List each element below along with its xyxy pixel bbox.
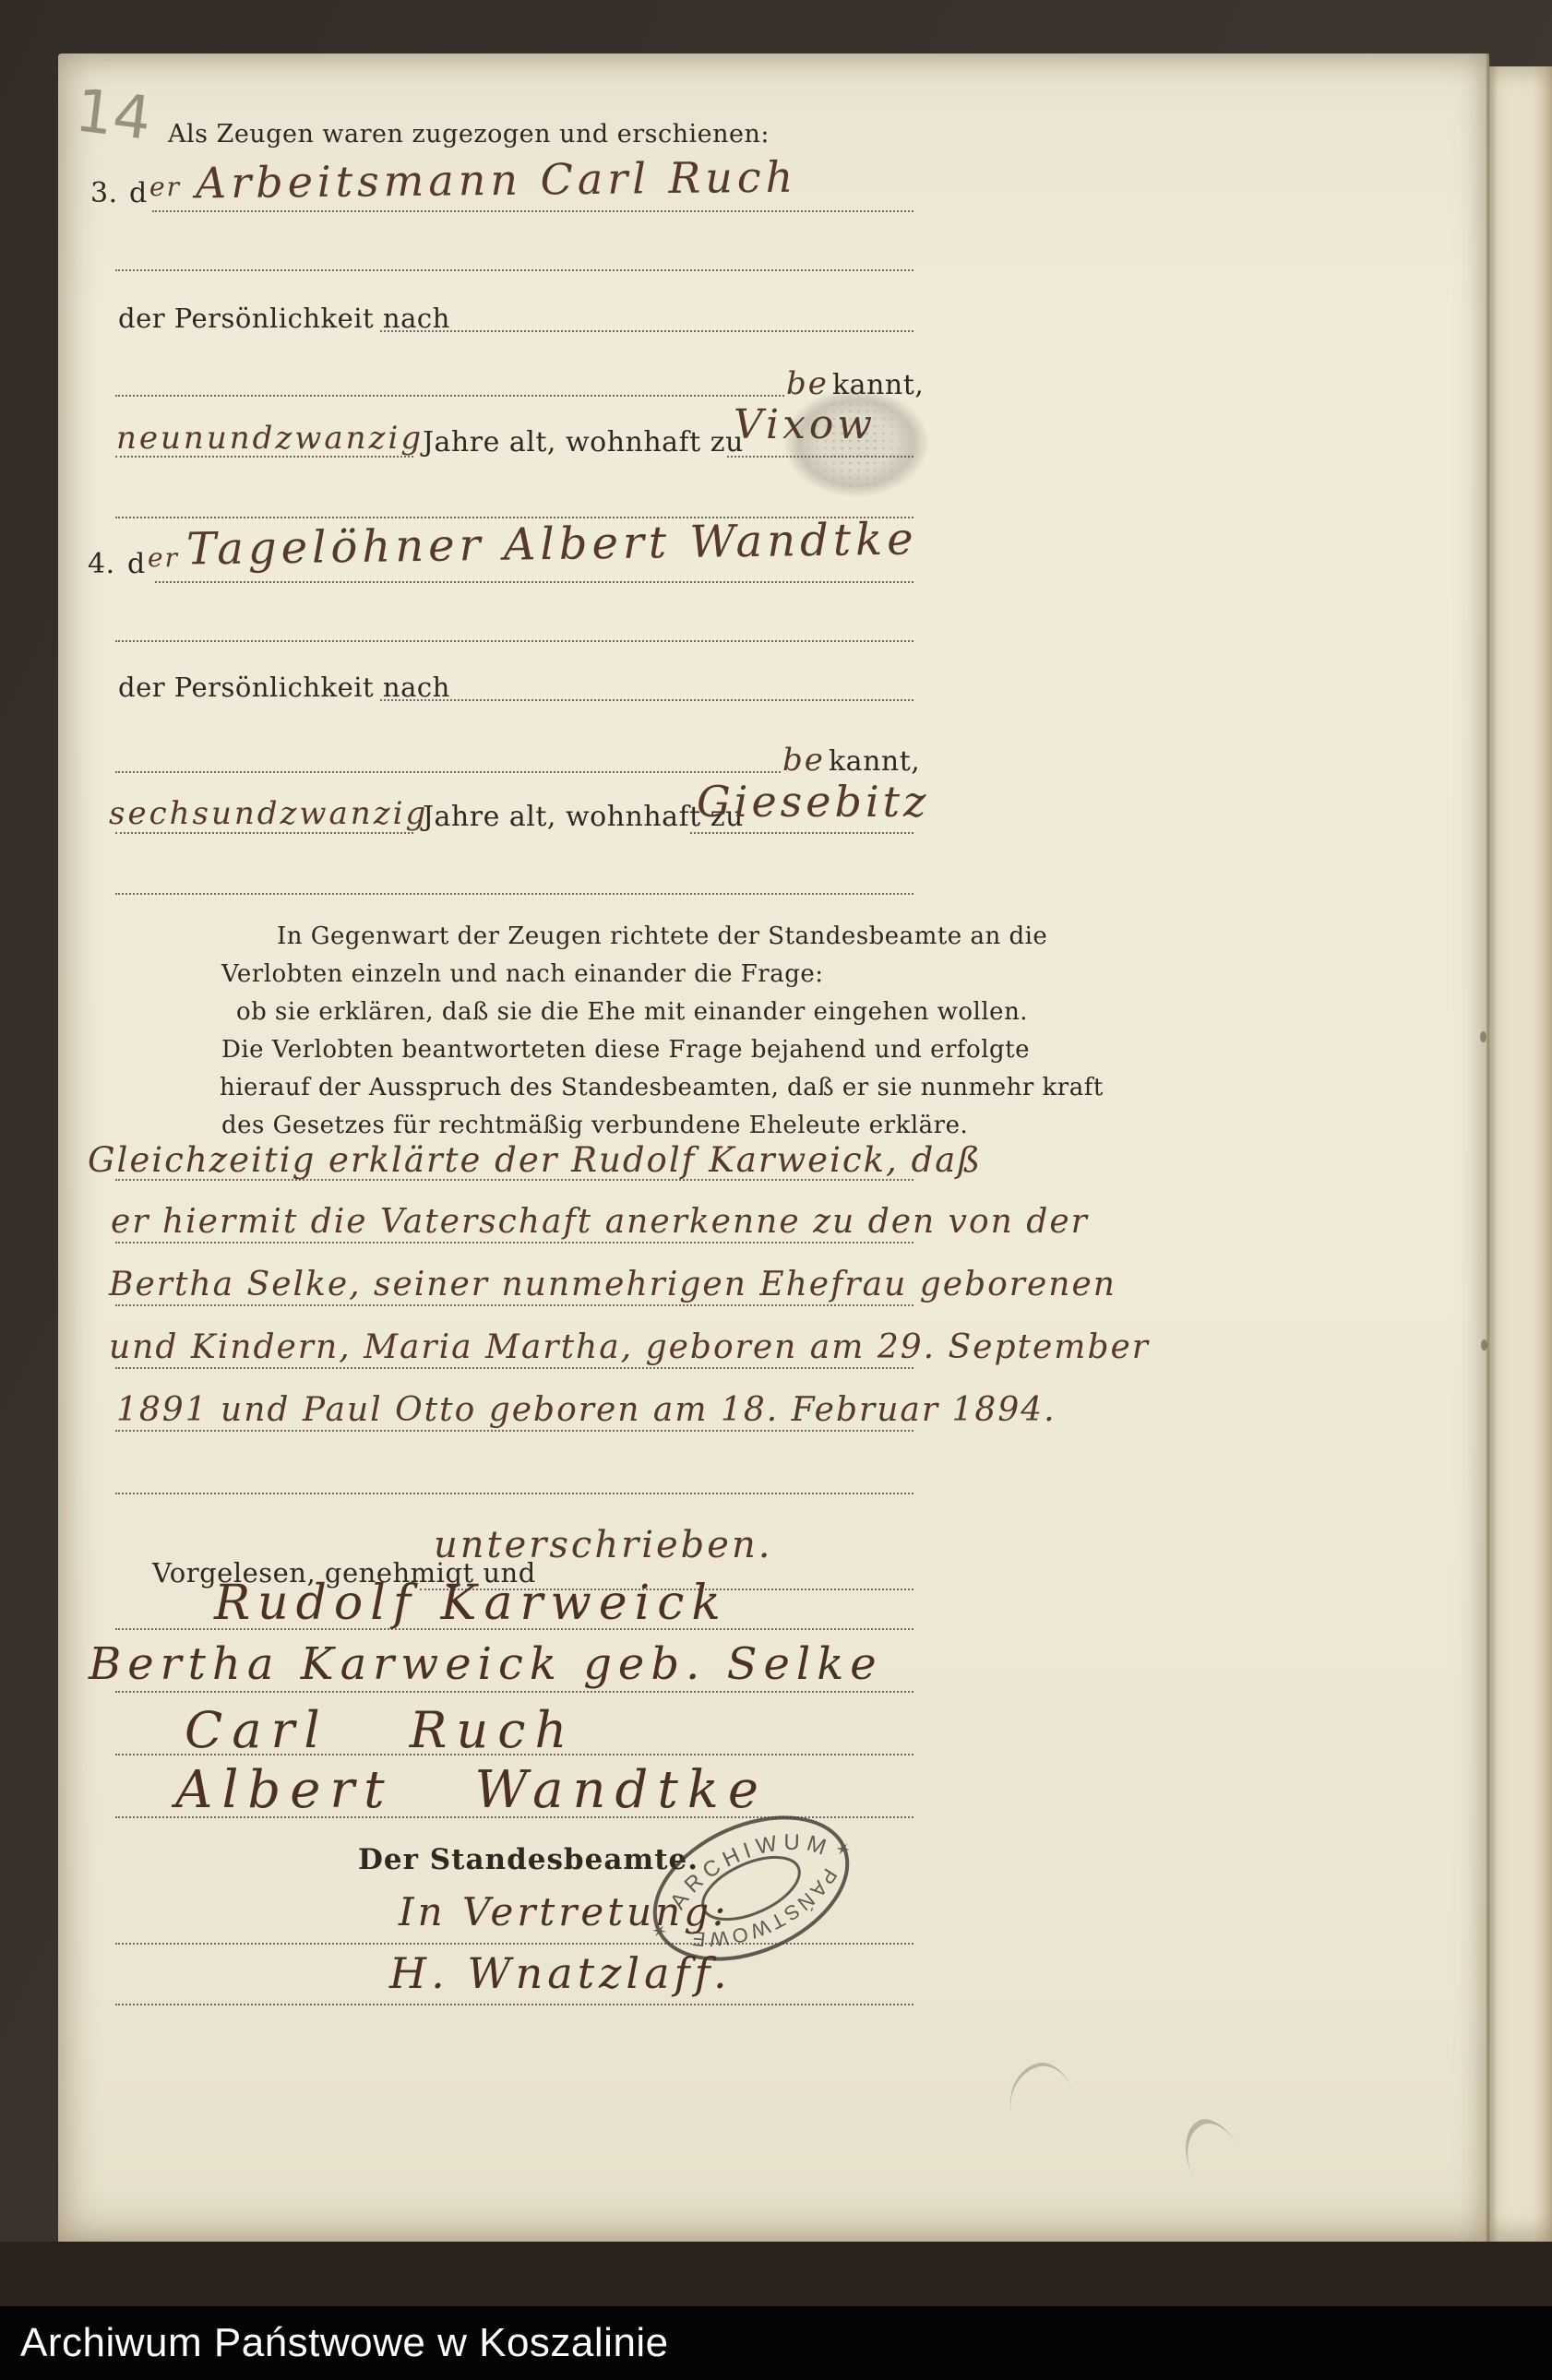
paragraph-line: Verlobten einzeln und nach einander die … [221,960,824,988]
identity-label-3: der Persönlichkeit nach [118,303,450,334]
ruled-dotted-line [115,893,913,895]
witness3-age-handwritten: neunundzwanzig [116,420,424,457]
declaration-line-handwritten: und Kindern, Maria Martha, geboren am 29… [109,1328,1150,1366]
witness4-article: d [127,548,146,580]
ruled-dotted-line [115,1754,913,1755]
witness4-name-handwritten: Tagelöhner Albert Wandtke [186,513,918,575]
ruled-dotted-line [115,1304,913,1306]
ruled-dotted-line [115,1242,913,1244]
registrar-deputy-note-handwritten: In Vertretung: [399,1889,729,1934]
ruled-dotted-line [155,581,913,583]
signature-witness3: Carl Ruch [185,1701,576,1759]
paragraph-line: In Gegenwart der Zeugen richtete der Sta… [277,922,1047,950]
witness3-article: d [129,177,148,209]
pencil-folio-number: 14 [72,77,155,153]
ruled-dotted-line [727,456,913,458]
ruled-dotted-line [115,1430,913,1432]
witness3-name-handwritten: Arbeitsmann Carl Ruch [196,152,798,208]
signature-bride: Bertha Karweick geb. Selke [89,1638,883,1690]
ruled-dotted-line [115,1943,913,1945]
ruled-dotted-line [115,395,784,397]
archive-caption-bar: Archiwum Państwowe w Koszalinie [0,2306,1552,2380]
witness3-article-hand: er [149,172,181,202]
ruled-dotted-line [115,269,913,271]
ruled-dotted-line [115,832,413,834]
registrar-signature-handwritten: H. Wnatzlaff. [389,1948,732,1998]
known-suffix-4: kannt, [829,745,920,778]
ruled-dotted-line [115,1691,913,1693]
age-residence-label-4: Jahre alt, wohnhaft zu [423,801,744,833]
witness4-known-hand: be [782,742,825,779]
ruled-dotted-line [115,640,913,642]
witness3-number: 3. [90,177,118,209]
witness4-residence-handwritten: Giesebitz [697,777,929,827]
ruled-dotted-line [115,517,913,518]
ruled-dotted-line [380,699,913,701]
witness4-number: 4. [88,548,115,580]
identity-label-4: der Persönlichkeit nach [118,672,450,703]
paragraph-line: Die Verlobten beantworteten diese Frage … [221,1036,1030,1064]
witness4-age-handwritten: sechsundzwanzig [109,795,428,832]
faded-stamp-smudge [782,387,930,498]
scan-backing-band [0,2242,1552,2306]
signature-witness4: Albert Wandtke [175,1760,768,1820]
binding-stitch-mark [1481,1339,1487,1351]
declaration-line-handwritten: Bertha Selke, seiner nunmehrigen Ehefrau… [109,1266,1116,1303]
ruled-dotted-line [115,1179,913,1181]
declaration-line-handwritten: 1891 und Paul Otto geboren am 18. Februa… [116,1391,1057,1429]
ruled-dotted-line [152,210,913,212]
ruled-dotted-line [690,832,913,834]
witness4-article-hand: er [148,542,179,573]
signature-groom: Rudolf Karweick [214,1576,728,1631]
paragraph-line: des Gesetzes für rechtmäßig verbundene E… [221,1112,968,1139]
paragraph-line: hierauf der Ausspruch des Standesbeamten… [220,1074,1104,1101]
ruled-dotted-line [115,771,781,773]
archival-document-scan: 14 Als Zeugen waren zugezogen und erschi… [0,0,1552,2380]
witnesses-heading: Als Zeugen waren zugezogen und erschiene… [168,120,770,149]
ruled-dotted-line [115,456,413,458]
ruled-dotted-line [115,1816,913,1818]
ruled-dotted-line [115,1367,913,1369]
closing-handwritten-word: unterschrieben. [434,1524,772,1566]
declaration-line-handwritten: er hiermit die Vaterschaft anerkenne zu … [111,1203,1089,1241]
ruled-dotted-line [420,1589,913,1590]
binding-stitch-mark [1480,1031,1486,1042]
ruled-dotted-line [115,2004,913,2005]
age-residence-label-3: Jahre alt, wohnhaft zu [423,426,744,458]
paragraph-line: ob sie erklären, daß sie die Ehe mit ein… [236,998,1028,1026]
ruled-dotted-line [380,330,913,332]
ruled-dotted-line [115,1628,913,1630]
archive-caption-text: Archiwum Państwowe w Koszalinie [0,2320,669,2366]
ruled-dotted-line [115,1493,913,1494]
declaration-line-handwritten: Gleichzeitig erklärte der Rudolf Karweic… [88,1140,982,1180]
adjacent-page-edge [1489,66,1552,2242]
